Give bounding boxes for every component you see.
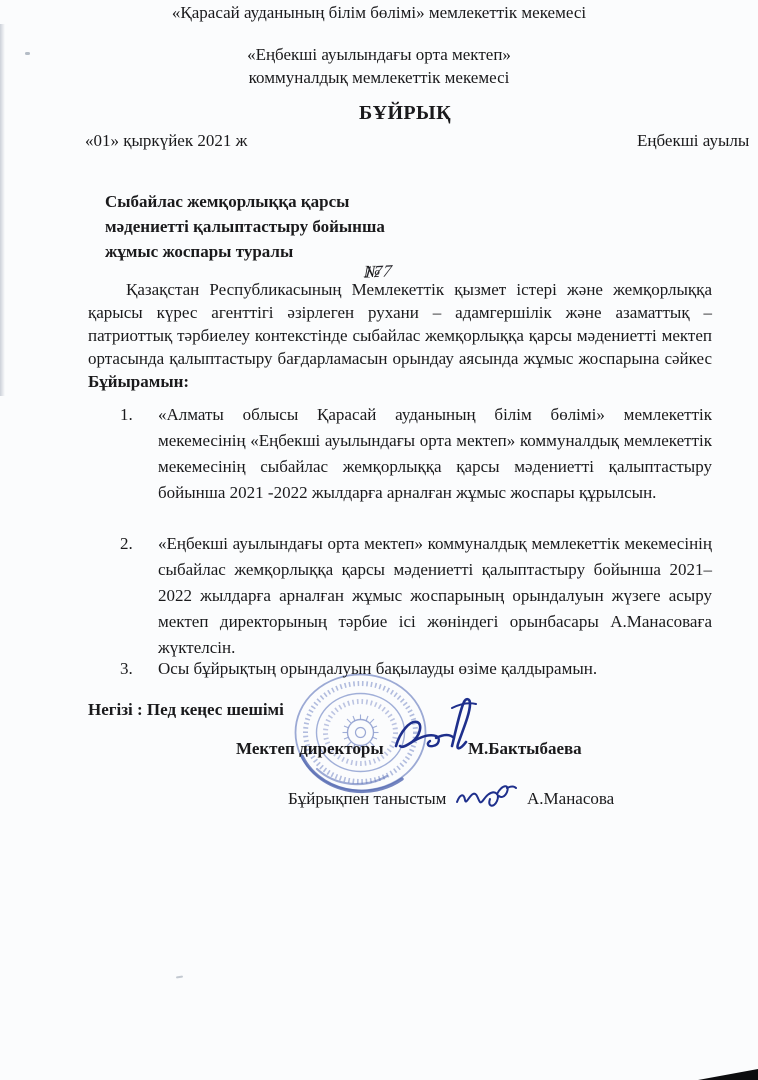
scan-corner-artifact <box>698 1069 758 1080</box>
item-text: «Алматы облысы Қарасай ауданының білім б… <box>158 402 712 506</box>
acquainted-name: А.Манасова <box>527 789 614 809</box>
basis-line: Негізі : Пед кеңес шешімі <box>88 700 284 720</box>
scan-speck <box>25 52 30 55</box>
order-title: БҰЙРЫҚ <box>26 102 758 125</box>
order-item-2: 2. «Еңбекші ауылындағы орта мектеп» комм… <box>120 531 712 661</box>
order-date: «01» қыркүйек 2021 ж <box>85 131 247 151</box>
order-subject: Сыбайлас жемқорлыққа қарсы мәдениетті қа… <box>105 189 385 264</box>
director-label: Мектеп директоры <box>236 739 384 759</box>
order-place: Еңбекші ауылы <box>637 131 749 151</box>
order-item-3: 3. Осы бұйрықтың орындалуын бақылауды өз… <box>120 656 712 682</box>
director-name: М.Бактыбаева <box>468 739 582 759</box>
item-number: 3. <box>120 656 158 682</box>
intro-order-word: Бұйырамын: <box>88 372 189 391</box>
intro-paragraph: Қазақстан Республикасының Мемлекеттік қы… <box>88 278 712 393</box>
acquainted-signature <box>454 780 518 814</box>
item-number: 2. <box>120 531 158 661</box>
order-subject-line1: Сыбайлас жемқорлыққа қарсы <box>105 189 385 214</box>
scan-edge-artifact <box>0 24 5 396</box>
order-subject-line3: жұмыс жоспары туралы <box>105 239 385 264</box>
director-signature <box>390 694 478 762</box>
order-subject-line2: мәдениетті қалыптастыру бойынша <box>105 214 385 239</box>
acquainted-label: Бұйрықпен таныстым <box>288 789 446 809</box>
intro-text: Қазақстан Республикасының Мемлекеттік қы… <box>88 280 712 368</box>
official-round-stamp-icon <box>292 671 429 794</box>
item-text: Осы бұйрықтың орындалуын бақылауды өзіме… <box>158 656 712 682</box>
scanned-order-document: «Қарасай ауданының білім бөлімі» мемлеке… <box>0 0 758 1080</box>
item-text: «Еңбекші ауылындағы орта мектеп» коммуна… <box>158 531 712 661</box>
org-name-school-line2: коммуналдық мемлекеттік мекемесі <box>0 66 758 89</box>
org-name-school: «Еңбекші ауылындағы орта мектеп» коммуна… <box>0 43 758 89</box>
scan-speck <box>176 976 183 979</box>
order-item-1: 1. «Алматы облысы Қарасай ауданының білі… <box>120 402 712 506</box>
org-name-district: «Қарасай ауданының білім бөлімі» мемлеке… <box>0 3 758 23</box>
item-number: 1. <box>120 402 158 506</box>
org-name-school-line1: «Еңбекші ауылындағы орта мектеп» <box>0 43 758 66</box>
